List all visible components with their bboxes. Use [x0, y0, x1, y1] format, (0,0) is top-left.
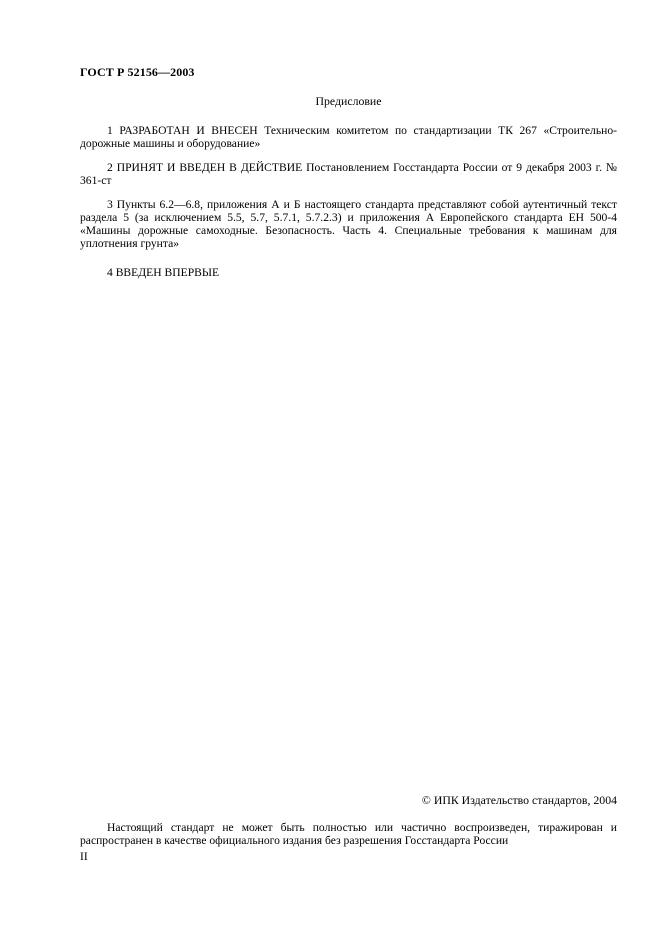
copyright-notice: © ИПК Издательство стандартов, 2004: [80, 794, 617, 807]
foreword-item-4: 4 ВВЕДЕН ВПЕРВЫЕ: [80, 266, 617, 279]
reproduction-notice: Настоящий стандарт не может быть полност…: [80, 821, 617, 847]
document-code-header: ГОСТ Р 52156—2003: [80, 66, 195, 79]
document-page: ГОСТ Р 52156—2003 Предисловие 1 РАЗРАБОТ…: [0, 0, 661, 936]
page-number: II: [80, 851, 88, 864]
foreword-item-3: 3 Пункты 6.2—6.8, приложения А и Б насто…: [80, 198, 617, 250]
section-title-foreword: Предисловие: [80, 95, 617, 108]
foreword-item-2: 2 ПРИНЯТ И ВВЕДЕН В ДЕЙСТВИЕ Постановлен…: [80, 161, 617, 187]
foreword-item-1: 1 РАЗРАБОТАН И ВНЕСЕН Техническим комите…: [80, 124, 617, 150]
